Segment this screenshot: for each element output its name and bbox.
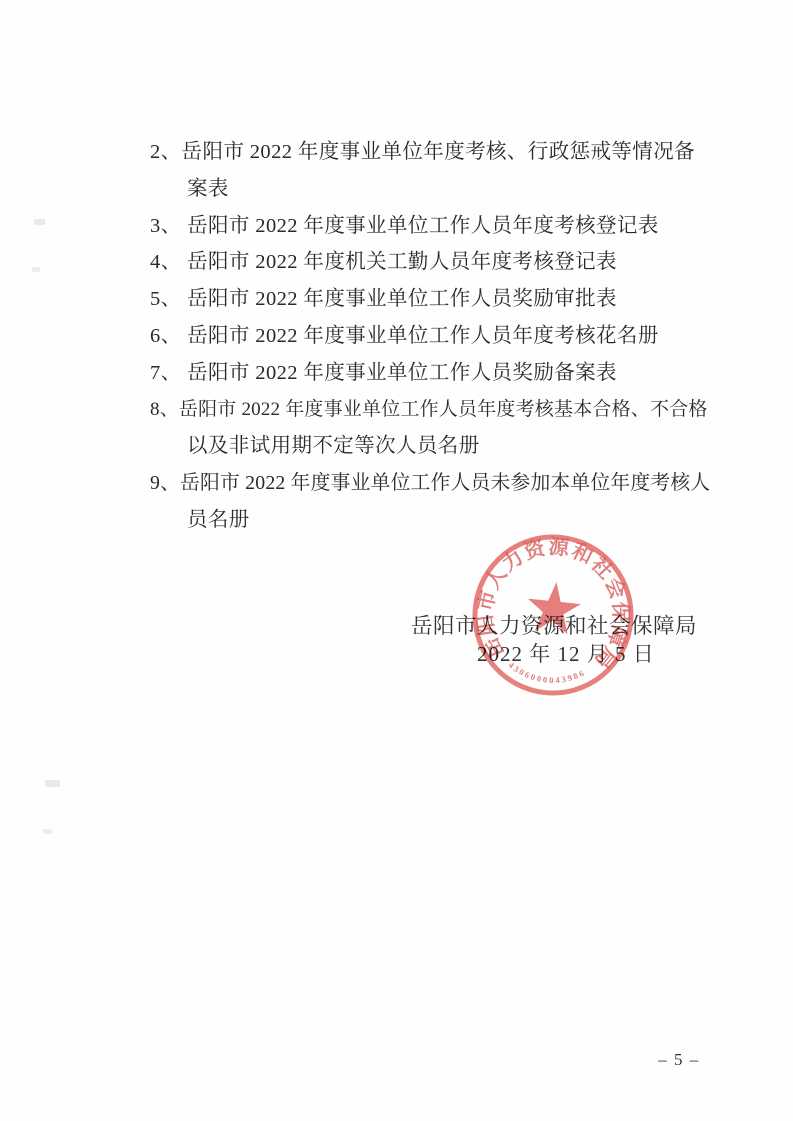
- list-item-line: 4、 岳阳市 2022 年度机关工勤人员年度考核登记表: [150, 244, 760, 281]
- list-item: 8、岳阳市 2022 年度事业单位工作人员年度考核基本合格、不合格 以及非试用期…: [150, 392, 760, 466]
- list-item: 6、 岳阳市 2022 年度事业单位工作人员年度考核花名册: [150, 318, 760, 355]
- list-item: 5、 岳阳市 2022 年度事业单位工作人员奖励审批表: [150, 281, 760, 318]
- list-item-line: 5、 岳阳市 2022 年度事业单位工作人员奖励审批表: [150, 281, 760, 318]
- list-item-line: 案表: [150, 171, 760, 208]
- list-item: 7、 岳阳市 2022 年度事业单位工作人员奖励备案表: [150, 355, 760, 392]
- scan-artifact: [34, 219, 45, 225]
- page-number: – 5 –: [637, 1050, 721, 1070]
- list-item-line: 员名册: [150, 502, 760, 539]
- list-item-line: 以及非试用期不定等次人员名册: [150, 428, 760, 465]
- signature-agency: 岳阳市人力资源和社会保障局: [411, 609, 697, 640]
- scan-artifact: [32, 267, 40, 272]
- list-item: 4、 岳阳市 2022 年度机关工勤人员年度考核登记表: [150, 244, 760, 281]
- list-item-line: 9、岳阳市 2022 年度事业单位工作人员未参加本单位年度考核人: [150, 465, 760, 502]
- list-item-line: 3、 岳阳市 2022 年度事业单位工作人员年度考核登记表: [150, 208, 760, 245]
- signature-date: 2022 年 12 月 5 日: [477, 638, 655, 668]
- list-item-line: 8、岳阳市 2022 年度事业单位工作人员年度考核基本合格、不合格: [150, 392, 760, 429]
- list-item: 2、岳阳市 2022 年度事业单位年度考核、行政惩戒等情况备 案表: [150, 134, 760, 208]
- list-item-line: 6、 岳阳市 2022 年度事业单位工作人员年度考核花名册: [150, 318, 760, 355]
- list-item: 3、 岳阳市 2022 年度事业单位工作人员年度考核登记表: [150, 208, 760, 245]
- scan-artifact: [45, 780, 60, 787]
- list-item-line: 7、 岳阳市 2022 年度事业单位工作人员奖励备案表: [150, 355, 760, 392]
- document-page: 2、岳阳市 2022 年度事业单位年度考核、行政惩戒等情况备 案表 3、 岳阳市…: [0, 0, 793, 1121]
- attachment-list: 2、岳阳市 2022 年度事业单位年度考核、行政惩戒等情况备 案表 3、 岳阳市…: [150, 134, 760, 539]
- list-item-line: 2、岳阳市 2022 年度事业单位年度考核、行政惩戒等情况备: [150, 134, 760, 171]
- list-item: 9、岳阳市 2022 年度事业单位工作人员未参加本单位年度考核人 员名册: [150, 465, 760, 539]
- scan-artifact: [43, 829, 52, 834]
